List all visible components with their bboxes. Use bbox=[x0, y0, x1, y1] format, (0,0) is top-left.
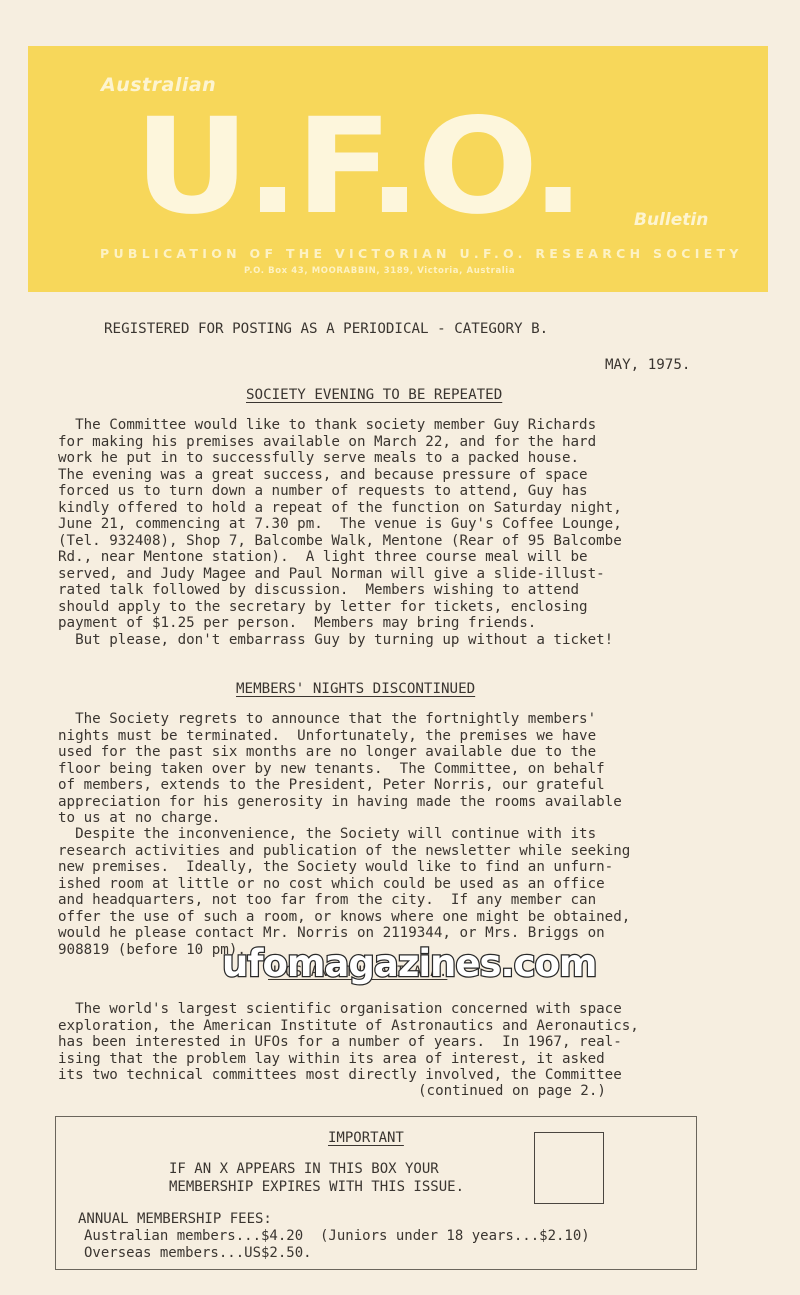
important-line-1: IF AN X APPEARS IN THIS BOX YOUR bbox=[169, 1161, 439, 1178]
important-line-2: MEMBERSHIP EXPIRES WITH THIS ISSUE. bbox=[169, 1179, 464, 1196]
article-heading-members-nights: MEMBERS' NIGHTS DISCONTINUED bbox=[236, 681, 475, 697]
fees-overseas: Overseas members...US$2.50. bbox=[84, 1245, 312, 1262]
article-body-members-nights: The Society regrets to announce that the… bbox=[58, 711, 622, 827]
masthead-ufo-title: U.F.O. bbox=[134, 102, 581, 232]
article-heading-society-evening: SOCIETY EVENING TO BE REPEATED bbox=[246, 387, 502, 403]
watermark: ufomagazines.com bbox=[222, 942, 596, 985]
masthead-address: P.O. Box 43, MOORABBIN, 3189, Victoria, … bbox=[244, 266, 515, 276]
important-membership-box: IMPORTANT IF AN X APPEARS IN THIS BOX YO… bbox=[55, 1116, 697, 1270]
fees-australian: Australian members...$4.20 (Juniors unde… bbox=[84, 1228, 590, 1245]
membership-expiry-box bbox=[534, 1132, 604, 1204]
fees-title: ANNUAL MEMBERSHIP FEES: bbox=[78, 1211, 272, 1228]
article-body-members-nights-2: Despite the inconvenience, the Society w… bbox=[58, 826, 630, 958]
masthead-publication: PUBLICATION OF THE VICTORIAN U.F.O. RESE… bbox=[100, 246, 743, 261]
continued-note: (continued on page 2.) bbox=[418, 1083, 606, 1100]
issue-date: MAY, 1975. bbox=[605, 357, 690, 374]
registration-notice: REGISTERED FOR POSTING AS A PERIODICAL -… bbox=[104, 321, 548, 338]
masthead-banner: Australian U.F.O. Bulletin PUBLICATION O… bbox=[28, 46, 768, 292]
article-body-society-evening: The Committee would like to thank societ… bbox=[58, 417, 622, 648]
important-title: IMPORTANT bbox=[328, 1130, 404, 1146]
article-body-ufos-aiaa: The world's largest scientific organisat… bbox=[58, 1001, 639, 1084]
masthead-bulletin: Bulletin bbox=[634, 210, 708, 230]
